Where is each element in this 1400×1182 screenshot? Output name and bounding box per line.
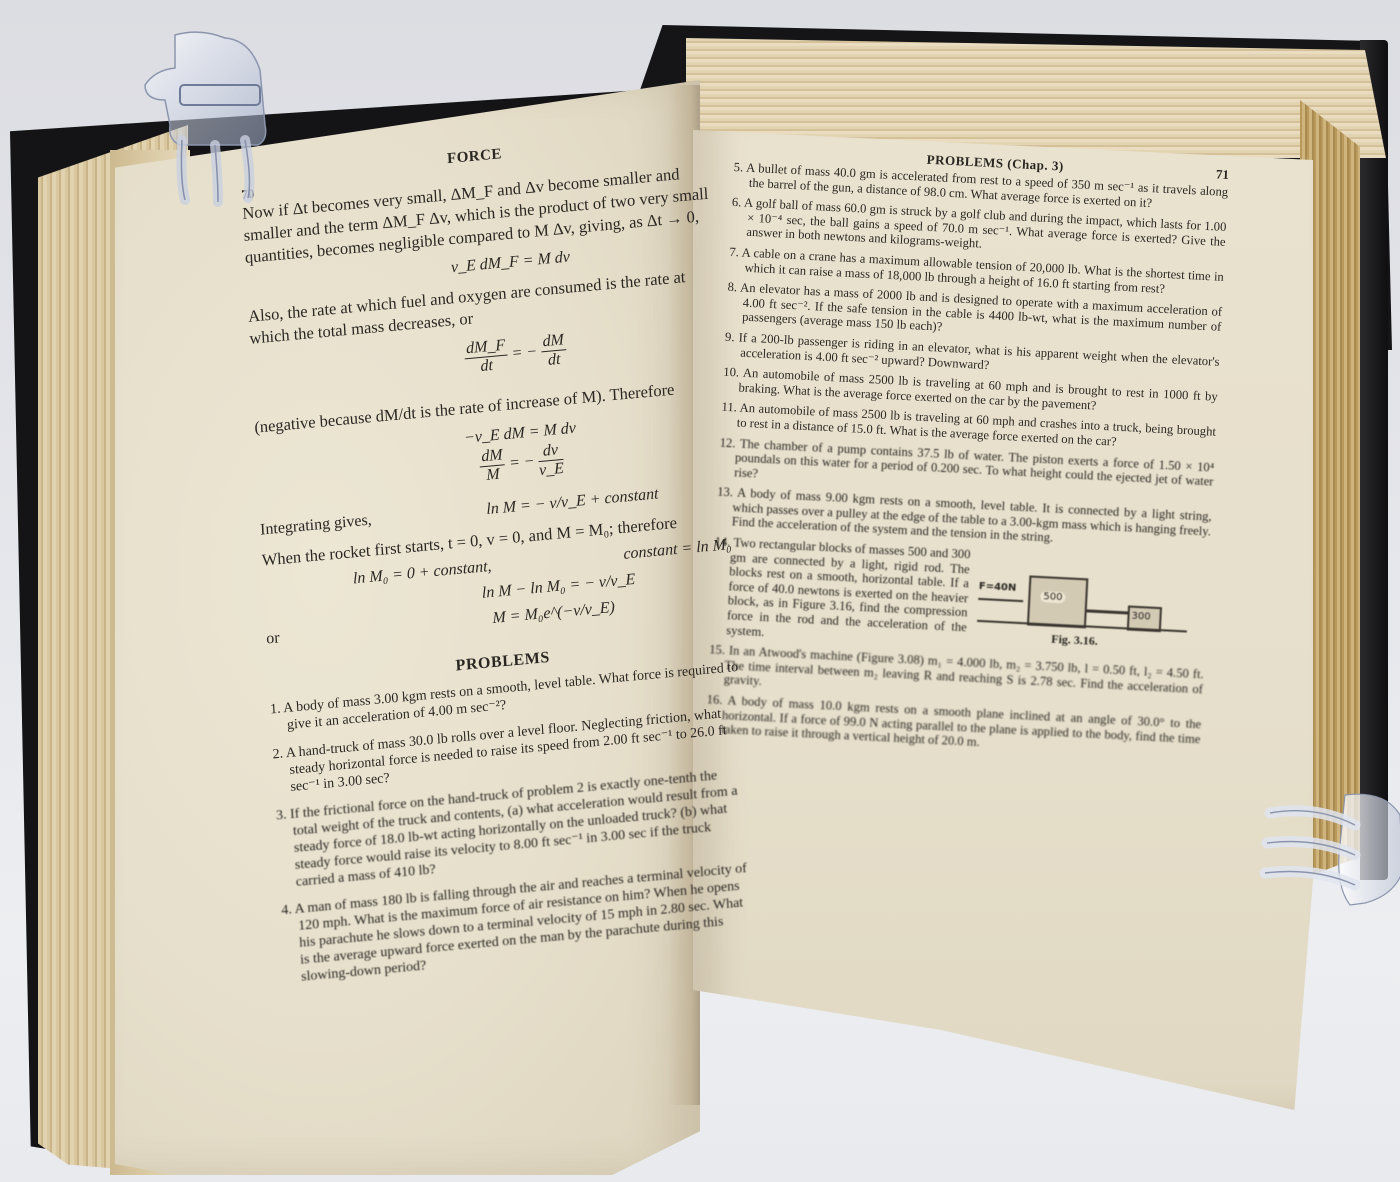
- fraction-numerator: dv: [538, 440, 564, 461]
- figure-3-16: F=40N 500 300 Fig. 3.16.: [975, 558, 1200, 664]
- fraction-denominator: dt: [465, 355, 509, 377]
- left-page-text: FORCE 70 Now if Δt becomes very small, Δ…: [240, 127, 754, 998]
- equation: ln M = − v/v_E + constant: [486, 485, 659, 519]
- block-300-label: 300: [1131, 611, 1151, 623]
- block-500-label: 500: [1040, 591, 1066, 603]
- force-label: F=40N: [979, 581, 1017, 594]
- equation: M = M₀e^(−v/v_E): [492, 599, 615, 628]
- fraction-denominator: M: [480, 465, 506, 485]
- problem-item: 14. Two rectangular blocks of masses 500…: [710, 535, 971, 650]
- page-number: 71: [1216, 166, 1230, 183]
- book-cover-spine-edge: [1360, 40, 1388, 880]
- equals-sign: = −: [509, 452, 535, 471]
- label: Integrating gives,: [260, 511, 373, 539]
- equation: ln M₀ = 0 + constant,: [352, 558, 492, 589]
- clip-icon-top-left: [140, 30, 285, 210]
- book-photo: FORCE 70 Now if Δt becomes very small, Δ…: [0, 0, 1400, 1182]
- fraction-denominator: dt: [541, 350, 567, 370]
- rigid-rod: [1085, 609, 1128, 614]
- equals-sign: = −: [511, 343, 537, 362]
- right-page-text: PROBLEMS (Chap. 3) 71 5. A bullet of mas…: [705, 142, 1230, 767]
- figure-caption: Fig. 3.16.: [1051, 632, 1098, 649]
- fraction-numerator: dM: [540, 331, 566, 352]
- fraction-numerator: dM: [479, 446, 505, 467]
- label: or: [266, 630, 280, 649]
- fraction-denominator: v_E: [539, 459, 565, 479]
- clip-icon-right: [1255, 785, 1400, 915]
- force-arrow: [978, 598, 1023, 602]
